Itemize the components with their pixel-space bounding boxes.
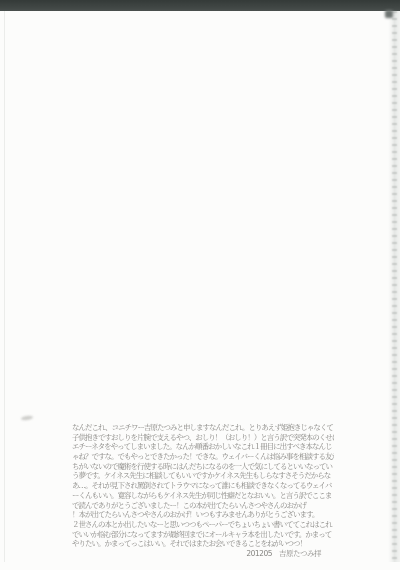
page-edge-left — [4, 11, 5, 562]
scanned-page: なんだこれ、コニチワー吉原たつみと申しますなんだこれ。とりあえず姫抱きじゃなくて… — [0, 0, 400, 570]
afterword-line: ちがいないので魔術を行使する時にはんだちになるのを一人で気にしてるといいなってい — [72, 462, 334, 472]
afterword-line: ！本が出てたらいんさつやさんのおかげ！いつもすみませんありがとうございます。 — [72, 510, 334, 520]
page-edge-texture — [392, 11, 397, 562]
signature-date: 201205 吉原たつみ拝 — [72, 549, 334, 559]
page-edge-right — [388, 11, 400, 562]
afterword-line: なんだこれ、コニチワー吉原たつみと申しますなんだこれ。とりあえず姫抱きじゃなくて — [72, 423, 334, 433]
afterword-line: ゃね？ですな。でもやっとできたかった！できな。ウェイバーくんは悩み事を相談する友… — [72, 452, 334, 462]
afterword-line: エチーネタをやってしまいました。なんか順番おかしいなこれ１冊目に出すべき本なんじ — [72, 442, 334, 452]
pencil-smudge — [21, 415, 33, 421]
afterword-line: でいいか悩む部分になってますが最終回までにオールキャラ本を出したいです。かまって — [72, 530, 334, 540]
afterword-line: で読んでありがとうございましたー！この本が出てたらいんさつやさんのおかげ — [72, 501, 334, 511]
edge-smudge — [385, 10, 393, 18]
afterword-line: やりたい。かまってっこはいい。それではまたお会いできることをねがいつつ！ — [72, 539, 334, 549]
afterword-line: ２世さんの本とか出したいなーと思いつつもペーパーでちょいちょい書いててこれはこれ — [72, 520, 334, 530]
scanner-edge-top — [0, 0, 400, 11]
afterword-text: なんだこれ、コニチワー吉原たつみと申しますなんだこれ。とりあえず姫抱きじゃなくて… — [72, 423, 334, 559]
afterword-line: あ…。それが見下され罵倒されてトラウマになって誰にも相談できなくなってるウェイバ — [72, 481, 334, 491]
afterword-line: う夢です。ケイネス先生に相談してもいいですかケイネス先生もしらなすさそうだからな — [72, 471, 334, 481]
afterword-line: 子供抱きですおしりを片腕で支えるやつ、おしり！（おしり！）と言う訳で突発本のくせ… — [72, 433, 334, 443]
afterword-line: ーくんもいい。寛容しながらもケイネス先生が同じ性癖だとなおいい。と言う訳でここま — [72, 491, 334, 501]
